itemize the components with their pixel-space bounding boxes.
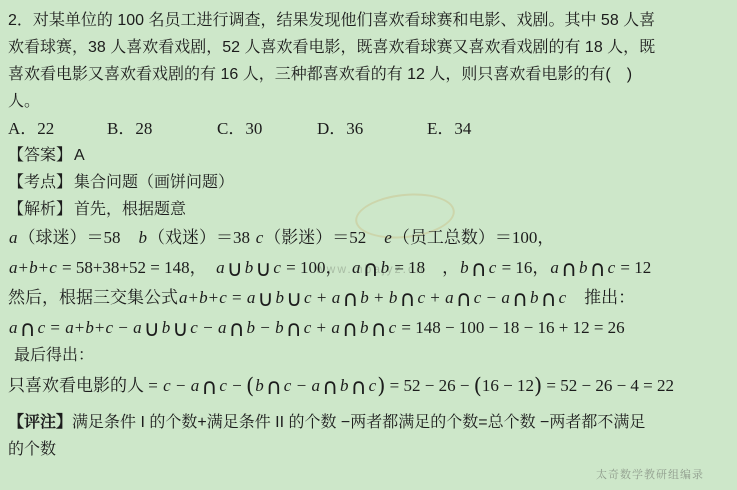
math-token: ∩ bbox=[285, 317, 303, 342]
math-token: − bbox=[199, 318, 217, 337]
math-token bbox=[121, 228, 138, 247]
math-token: a bbox=[246, 288, 257, 307]
math-token: a bbox=[444, 288, 455, 307]
remark-tag: 【评注】 bbox=[8, 414, 72, 431]
math-token: b bbox=[274, 318, 285, 337]
math-token: ∩ bbox=[370, 317, 388, 342]
math-token: c bbox=[368, 376, 378, 395]
math-token: − bbox=[482, 288, 500, 307]
remark-line: 【评注】满足条件 I 的个数+满足条件 II 的个数 −两者都满足的个数=总个数… bbox=[8, 409, 729, 436]
math-token: c bbox=[37, 318, 47, 337]
option-a-label: A． bbox=[8, 119, 37, 138]
equation-inclusion-exclusion-formula: 然后，根据三交集公式a+b+c = a∪b∪c + a∩b + b∩c + a∩… bbox=[8, 283, 729, 313]
options-row: A．22 B．28 C．30 D．36 E．34 bbox=[8, 115, 729, 142]
math-token: + bbox=[312, 318, 330, 337]
math-token: + bbox=[370, 288, 388, 307]
math-token: ∩ bbox=[540, 287, 558, 312]
math-token: a bbox=[217, 318, 228, 337]
math-token: ∪ bbox=[254, 257, 272, 282]
math-token: ∩ bbox=[19, 317, 37, 342]
math-token: + bbox=[95, 318, 105, 337]
math-token: c bbox=[607, 258, 617, 277]
analysis-row: 【解析】首先，根据题意 bbox=[8, 196, 729, 223]
math-token: 推出： bbox=[567, 288, 635, 307]
problem-line: 人。 bbox=[8, 88, 729, 115]
math-token: ∩ bbox=[589, 257, 607, 282]
math-token: a bbox=[330, 318, 341, 337]
option-e-value: 34 bbox=[454, 119, 471, 138]
option-e: E．34 bbox=[427, 115, 471, 142]
document-page: 2．对某单位的 100 名员工进行调查，结果发现他们喜欢看球赛和电影、戏剧。其中… bbox=[0, 0, 737, 463]
math-token: b bbox=[244, 258, 255, 277]
math-token: 38 bbox=[233, 228, 250, 247]
math-token: a bbox=[215, 258, 226, 277]
math-token: 58 bbox=[104, 228, 121, 247]
problem-statement: 2．对某单位的 100 名员工进行调查，结果发现他们喜欢看球赛和电影、戏剧。其中… bbox=[8, 7, 729, 115]
math-token: ∪ bbox=[256, 287, 274, 312]
math-token: ， bbox=[537, 228, 554, 247]
math-token: c bbox=[189, 318, 199, 337]
math-token: = 12 bbox=[616, 258, 651, 277]
math-token: − bbox=[228, 376, 246, 395]
problem-line: 喜欢看电影又喜欢看戏剧的有 16 人，三种都喜欢看的有 12 人，则只喜欢看电影… bbox=[8, 61, 729, 88]
remark-line: 的个数 bbox=[8, 436, 729, 463]
topic-row: 【考点】集合问题（画饼问题） bbox=[8, 169, 729, 196]
math-token: a bbox=[8, 318, 19, 337]
final-intro: 最后得出： bbox=[8, 343, 729, 369]
equation-derivation: a∩c = a+b+c − a∪b∪c − a∩b − b∩c + a∩b∩c … bbox=[8, 313, 729, 343]
math-token: c bbox=[488, 258, 498, 277]
math-token: a bbox=[549, 258, 560, 277]
math-token: c bbox=[162, 376, 172, 395]
credit-line: 太奇数学教研组编录 bbox=[596, 466, 704, 482]
math-token: a bbox=[190, 376, 201, 395]
math-token: c bbox=[48, 258, 58, 277]
option-e-label: E． bbox=[427, 119, 454, 138]
math-token: = 58+38+52 = 148 bbox=[58, 258, 190, 277]
math-token: a bbox=[178, 288, 189, 307]
math-token: − bbox=[256, 318, 274, 337]
math-token: = bbox=[144, 376, 162, 395]
math-token: a bbox=[310, 376, 321, 395]
math-token: = 18 bbox=[390, 258, 425, 277]
math-token: ) bbox=[534, 374, 542, 398]
math-token: （影迷）＝ bbox=[264, 228, 349, 247]
analysis-intro: 首先，根据题意 bbox=[72, 201, 186, 218]
option-c-value: 30 bbox=[245, 119, 262, 138]
math-token: b bbox=[459, 258, 470, 277]
math-token: b bbox=[84, 318, 95, 337]
math-token: b bbox=[198, 288, 209, 307]
math-token: ， bbox=[425, 258, 459, 277]
math-token: ∩ bbox=[227, 317, 245, 342]
math-token: ∩ bbox=[361, 257, 379, 282]
option-a: A．22 bbox=[8, 115, 54, 142]
math-token: + bbox=[426, 288, 444, 307]
math-token: = 100 bbox=[282, 258, 326, 277]
math-token: ， bbox=[325, 258, 351, 277]
remark-block: 【评注】满足条件 I 的个数+满足条件 II 的个数 −两者都满足的个数=总个数… bbox=[8, 409, 729, 463]
math-token: b bbox=[359, 288, 370, 307]
math-token: ∩ bbox=[341, 287, 359, 312]
math-token: c bbox=[218, 376, 228, 395]
math-token: c bbox=[417, 288, 427, 307]
math-token: + bbox=[189, 288, 199, 307]
math-token: 100 bbox=[512, 228, 538, 247]
option-c-label: C． bbox=[217, 119, 245, 138]
math-token: + bbox=[19, 258, 29, 277]
math-token: + bbox=[39, 258, 49, 277]
math-token: b bbox=[161, 318, 172, 337]
math-token: c bbox=[283, 376, 293, 395]
math-token: ∩ bbox=[321, 375, 339, 400]
math-token: c bbox=[473, 288, 483, 307]
math-token: + bbox=[209, 288, 219, 307]
option-d-label: D． bbox=[317, 119, 346, 138]
math-token: = 148 − 100 − 18 − 16 + 12 = 26 bbox=[397, 318, 625, 337]
math-token: e bbox=[383, 228, 393, 247]
math-token: ∩ bbox=[455, 287, 473, 312]
math-token: − bbox=[114, 318, 132, 337]
math-token: ∪ bbox=[143, 317, 161, 342]
math-token: ∩ bbox=[398, 287, 416, 312]
math-token: 16 − 12 bbox=[482, 376, 534, 395]
math-token: 52 bbox=[349, 228, 366, 247]
math-token: b bbox=[246, 318, 257, 337]
math-token: （球迷）＝ bbox=[19, 228, 104, 247]
math-token: ∩ bbox=[470, 257, 488, 282]
math-token: c bbox=[303, 318, 313, 337]
equation-definitions: a（球迷）＝58 b（戏迷）＝38 c（影迷）＝52 e（员工总数）＝100， bbox=[8, 223, 729, 253]
option-b-label: B． bbox=[107, 119, 135, 138]
math-token: − bbox=[172, 376, 190, 395]
analysis-tag: 【解析】 bbox=[8, 201, 72, 218]
math-token: b bbox=[28, 258, 39, 277]
math-token: ( bbox=[474, 374, 482, 398]
math-token: a bbox=[8, 228, 19, 247]
math-token: c bbox=[388, 318, 398, 337]
math-token: b bbox=[274, 288, 285, 307]
math-token: 只喜欢看电影的人 bbox=[8, 376, 144, 395]
math-token: b bbox=[529, 288, 540, 307]
answer-row: 【答案】A bbox=[8, 142, 729, 169]
math-token: 然后，根据三交集公式 bbox=[8, 288, 178, 307]
math-token: = 16 bbox=[497, 258, 532, 277]
math-token: ( bbox=[246, 374, 254, 398]
math-token bbox=[366, 228, 383, 247]
math-token: = bbox=[228, 288, 246, 307]
math-token: c bbox=[558, 288, 568, 307]
math-token: （员工总数）＝ bbox=[393, 228, 512, 247]
option-a-value: 22 bbox=[37, 119, 54, 138]
math-token: a bbox=[64, 318, 75, 337]
math-token: （戏迷）＝ bbox=[148, 228, 233, 247]
math-token: ， bbox=[190, 258, 216, 277]
math-token: ∪ bbox=[285, 287, 303, 312]
math-token: a bbox=[351, 258, 362, 277]
math-token: c bbox=[255, 228, 265, 247]
math-token: a bbox=[331, 288, 342, 307]
answer-value: A bbox=[72, 147, 85, 164]
math-token: − bbox=[292, 376, 310, 395]
topic-value: 集合问题（画饼问题） bbox=[72, 174, 234, 191]
math-token: b bbox=[339, 376, 350, 395]
option-d: D．36 bbox=[317, 115, 363, 142]
math-token: c bbox=[218, 288, 228, 307]
option-c: C．30 bbox=[217, 115, 262, 142]
math-token: ∩ bbox=[200, 375, 218, 400]
math-token: b bbox=[359, 318, 370, 337]
math-token: ∩ bbox=[341, 317, 359, 342]
math-token: ∩ bbox=[350, 375, 368, 400]
problem-line: 2．对某单位的 100 名员工进行调查，结果发现他们喜欢看球赛和电影、戏剧。其中… bbox=[8, 7, 729, 34]
math-token: = 52 − 26 − 4 = 22 bbox=[542, 376, 674, 395]
math-token: ∪ bbox=[171, 317, 189, 342]
option-b: B．28 bbox=[107, 115, 152, 142]
math-token: b bbox=[388, 288, 399, 307]
math-token: ∩ bbox=[511, 287, 529, 312]
math-token: ， bbox=[532, 258, 549, 277]
math-token: + bbox=[75, 318, 85, 337]
math-token: ∩ bbox=[560, 257, 578, 282]
math-token: c bbox=[104, 318, 114, 337]
math-token: = 52 − 26 − bbox=[385, 376, 473, 395]
math-token: = bbox=[46, 318, 64, 337]
topic-tag: 【考点】 bbox=[8, 174, 72, 191]
math-token: ∪ bbox=[226, 257, 244, 282]
math-token: c bbox=[303, 288, 313, 307]
math-token: b bbox=[254, 376, 265, 395]
math-token: a bbox=[132, 318, 143, 337]
math-token: ∩ bbox=[265, 375, 283, 400]
math-token: c bbox=[272, 258, 282, 277]
equation-conclusion: 只喜欢看电影的人 = c − a∩c − (b∩c − a∩b∩c) = 52 … bbox=[8, 369, 729, 403]
equation-sums: a+b+c = 58+38+52 = 148， a∪b∪c = 100， a∩b… bbox=[8, 253, 729, 283]
option-d-value: 36 bbox=[346, 119, 363, 138]
math-token: b bbox=[578, 258, 589, 277]
math-token: a bbox=[500, 288, 511, 307]
option-b-value: 28 bbox=[135, 119, 152, 138]
problem-line: 欢看球赛，38 人喜欢看戏剧，52 人喜欢看电影，既喜欢看球赛又喜欢看戏剧的有 … bbox=[8, 34, 729, 61]
math-token: + bbox=[313, 288, 331, 307]
answer-tag: 【答案】 bbox=[8, 147, 72, 164]
math-token: b bbox=[380, 258, 391, 277]
math-token: a bbox=[8, 258, 19, 277]
remark-text: 满足条件 I 的个数+满足条件 II 的个数 −两者都满足的个数=总个数 −两者… bbox=[72, 414, 645, 431]
math-token: b bbox=[138, 228, 149, 247]
